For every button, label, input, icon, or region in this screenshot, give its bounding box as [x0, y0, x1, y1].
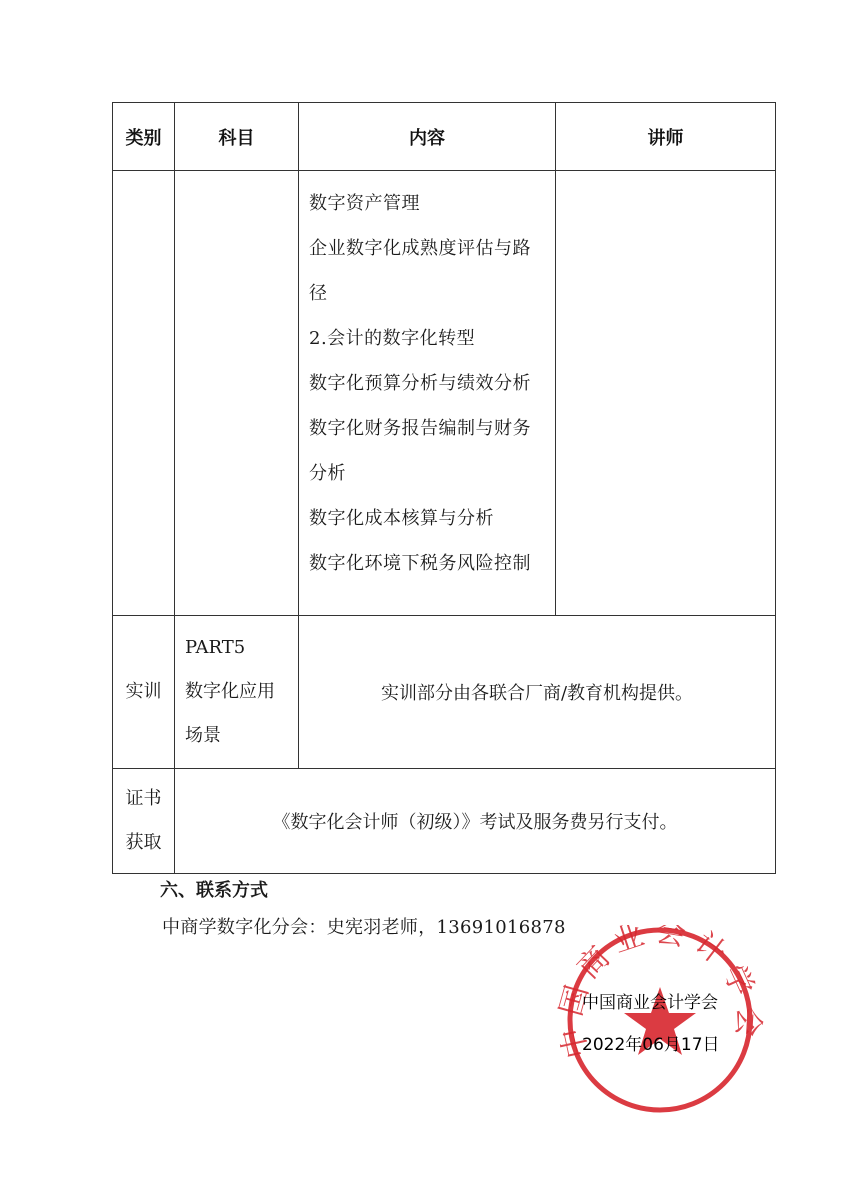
content-line: 企业数字化成熟度评估与路: [309, 226, 547, 271]
subject-cell: [175, 171, 299, 616]
seal-organization: 中国商业会计学会: [582, 988, 718, 1013]
content-line: 2.会计的数字化转型: [309, 316, 547, 361]
header-content: 内容: [299, 103, 556, 171]
category-line: 证书: [113, 777, 174, 821]
contact-text: 中商学数字化分会：史宪羽老师，13691016878: [162, 913, 566, 939]
header-subject: 科目: [175, 103, 299, 171]
training-content: 实训部分由各联合厂商/教育机构提供。: [299, 616, 776, 769]
category-training: 实训: [113, 616, 175, 769]
contact-heading: 六、联系方式: [160, 876, 268, 902]
table-row: 数字资产管理 企业数字化成熟度评估与路 径 2.会计的数字化转型 数字化预算分析…: [113, 171, 776, 616]
category-certificate: 证书 获取: [113, 769, 175, 874]
table-header-row: 类别 科目 内容 讲师: [113, 103, 776, 171]
content-line: 数字化环境下税务风险控制: [309, 541, 547, 586]
content-cell: 数字资产管理 企业数字化成熟度评估与路 径 2.会计的数字化转型 数字化预算分析…: [299, 171, 556, 616]
content-line: 数字化财务报告编制与财务: [309, 406, 547, 451]
seal-date: 2022年06月17日: [582, 1030, 720, 1055]
category-cell: [113, 171, 175, 616]
content-line: 数字资产管理: [309, 181, 547, 226]
subject-training: PART5 数字化应用 场景: [175, 616, 299, 769]
header-category: 类别: [113, 103, 175, 171]
subject-line: 数字化应用: [185, 670, 298, 714]
content-line: 分析: [309, 451, 547, 496]
content-line: 数字化预算分析与绩效分析: [309, 361, 547, 406]
lecturer-cell: [556, 171, 776, 616]
table-row-training: 实训 PART5 数字化应用 场景 实训部分由各联合厂商/教育机构提供。: [113, 616, 776, 769]
content-line: 径: [309, 271, 547, 316]
official-seal-icon: 中国商业会计学会: [550, 925, 770, 1115]
course-table: 类别 科目 内容 讲师 数字资产管理 企业数字化成熟度评估与路 径 2.会计的数…: [112, 102, 776, 874]
subject-line: PART5: [185, 626, 298, 670]
content-line: 数字化成本核算与分析: [309, 496, 547, 541]
certificate-content: 《数字化会计师（初级）》考试及服务费另行支付。: [175, 769, 776, 874]
category-line: 获取: [113, 821, 174, 865]
table-row-certificate: 证书 获取 《数字化会计师（初级）》考试及服务费另行支付。: [113, 769, 776, 874]
header-lecturer: 讲师: [556, 103, 776, 171]
subject-line: 场景: [185, 714, 298, 758]
